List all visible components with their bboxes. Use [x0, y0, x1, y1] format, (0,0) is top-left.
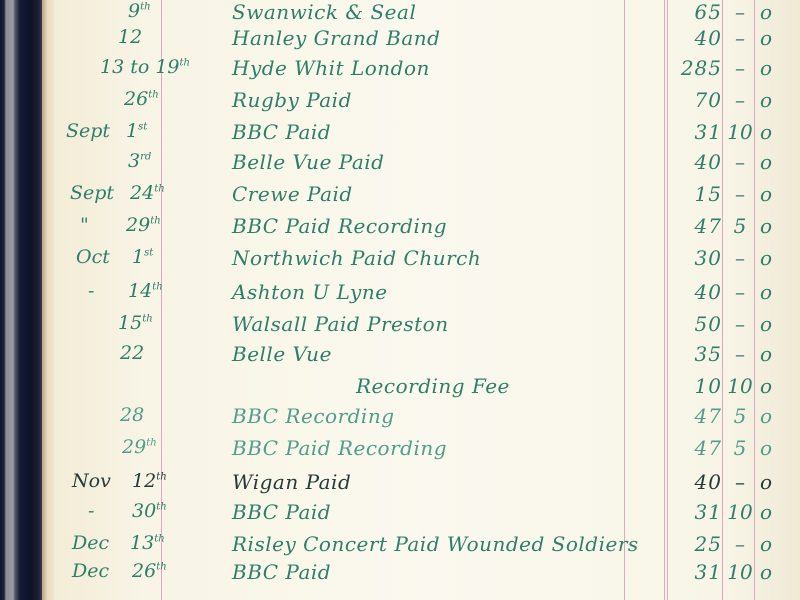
entry-pounds: 15 — [664, 182, 722, 206]
entry-pounds: 50 — [664, 312, 722, 336]
ledger-row: Dec 26th BBC Paid 31 10 o — [0, 560, 800, 590]
entry-pounds: 31 — [664, 500, 722, 524]
entry-pounds: 285 — [664, 56, 722, 80]
ledger-row: Nov 12th Wigan Paid 40 – o — [0, 470, 800, 500]
entry-description: BBC Recording — [232, 404, 395, 428]
entry-month: Dec — [72, 532, 109, 554]
entry-pounds: 47 — [664, 404, 722, 428]
ledger-row: Recording Fee 10 10 o — [0, 374, 800, 404]
entry-month: Sept — [66, 120, 110, 142]
entry-shillings: – — [726, 182, 754, 206]
entry-shillings: – — [726, 342, 754, 366]
entry-pence: o — [755, 436, 777, 460]
entry-pence: o — [755, 150, 777, 174]
entry-month: Sept — [70, 182, 114, 204]
entry-day: 1st — [132, 246, 153, 268]
entry-pounds: 25 — [664, 532, 722, 556]
ledger-row: 3rd Belle Vue Paid 40 – o — [0, 150, 800, 180]
entry-shillings: – — [726, 150, 754, 174]
entry-description: Ashton U Lyne — [232, 280, 388, 304]
entry-description: Belle Vue — [232, 342, 332, 366]
entry-pounds: 65 — [664, 0, 722, 24]
entry-day: 12th — [132, 470, 167, 492]
entry-shillings: 10 — [726, 500, 754, 524]
entry-shillings: 10 — [726, 560, 754, 584]
entry-day: 15th — [118, 312, 153, 334]
entry-description: Risley Concert Paid Wounded Soldiers — [232, 532, 639, 556]
ledger-row: Oct 1st Northwich Paid Church 30 – o — [0, 246, 800, 276]
entry-shillings: 10 — [726, 120, 754, 144]
entry-pence: o — [755, 560, 777, 584]
entry-shillings: – — [726, 470, 754, 494]
entry-day: 29th — [122, 436, 157, 458]
entry-day: 29th — [126, 214, 161, 236]
entry-description: BBC Paid Recording — [232, 214, 447, 238]
ledger-row: Sept 24th Crewe Paid 15 – o — [0, 182, 800, 212]
entry-pence: o — [755, 470, 777, 494]
entry-day: 30th — [132, 500, 167, 522]
entry-description: Wigan Paid — [232, 470, 351, 494]
entry-day: 28 — [120, 404, 144, 426]
entry-description: Crewe Paid — [232, 182, 353, 206]
entry-shillings: – — [726, 312, 754, 336]
entry-pounds: 35 — [664, 342, 722, 366]
entry-pence: o — [755, 0, 777, 24]
entry-day: 13 to 19th — [100, 56, 190, 78]
entry-day: 9th — [128, 0, 151, 22]
entry-description: Swanwick & Seal — [232, 0, 416, 24]
entry-pounds: 40 — [664, 280, 722, 304]
entry-pounds: 40 — [664, 26, 722, 50]
entry-pence: o — [755, 532, 777, 556]
entry-pence: o — [755, 342, 777, 366]
entry-pence: o — [755, 312, 777, 336]
ledger-row: 26th Rugby Paid 70 – o — [0, 88, 800, 118]
entry-pounds: 40 — [664, 150, 722, 174]
entry-month: Dec — [72, 560, 109, 582]
entry-shillings: – — [726, 88, 754, 112]
entry-shillings: – — [726, 532, 754, 556]
entry-shillings: 5 — [726, 214, 754, 238]
ledger-row: Dec 13th Risley Concert Paid Wounded Sol… — [0, 532, 800, 562]
entry-description: Hyde Whit London — [232, 56, 430, 80]
entry-shillings: – — [726, 26, 754, 50]
ledger-row: 29th BBC Paid Recording 47 5 o — [0, 436, 800, 466]
entry-month: Oct — [76, 246, 110, 268]
entry-pence: o — [755, 56, 777, 80]
ledger-row: 28 BBC Recording 47 5 o — [0, 404, 800, 434]
ledger-row: 13 to 19th Hyde Whit London 285 – o — [0, 56, 800, 86]
entry-pounds: 30 — [664, 246, 722, 270]
entry-pence: o — [755, 500, 777, 524]
entry-pounds: 47 — [664, 436, 722, 460]
entry-pence: o — [755, 214, 777, 238]
ledger-row: - 14th Ashton U Lyne 40 – o — [0, 280, 800, 310]
entry-day: 24th — [130, 182, 165, 204]
entry-month: - — [88, 500, 94, 522]
entry-shillings: – — [726, 246, 754, 270]
entry-pounds: 40 — [664, 470, 722, 494]
entry-day: 3rd — [128, 150, 151, 172]
ledger-row: 12 Hanley Grand Band 40 – o — [0, 26, 800, 56]
entry-pence: o — [755, 404, 777, 428]
entry-pence: o — [755, 120, 777, 144]
entry-month: " — [80, 214, 89, 236]
entry-day: 22 — [120, 342, 144, 364]
entry-month: - — [88, 280, 94, 302]
entry-day: 13th — [130, 532, 165, 554]
entry-day: 26th — [132, 560, 167, 582]
entry-description: BBC Paid — [232, 560, 331, 584]
entry-description: BBC Paid — [232, 120, 331, 144]
entry-day: 26th — [124, 88, 159, 110]
entry-shillings: – — [726, 280, 754, 304]
entry-pence: o — [755, 26, 777, 50]
entry-pounds: 47 — [664, 214, 722, 238]
entry-shillings: 10 — [726, 374, 754, 398]
entry-day: 1st — [126, 120, 147, 142]
ledger-row: " 29th BBC Paid Recording 47 5 o — [0, 214, 800, 244]
ledger-row: 22 Belle Vue 35 – o — [0, 342, 800, 372]
entry-description: Belle Vue Paid — [232, 150, 384, 174]
entry-pounds: 31 — [664, 120, 722, 144]
entry-pence: o — [755, 88, 777, 112]
entry-description: Rugby Paid — [232, 88, 352, 112]
entry-day: 12 — [118, 26, 142, 48]
entry-pence: o — [755, 182, 777, 206]
ledger-row: 15th Walsall Paid Preston 50 – o — [0, 312, 800, 342]
ledger-row: - 30th BBC Paid 31 10 o — [0, 500, 800, 530]
entry-description: BBC Paid Recording — [232, 436, 447, 460]
entry-pounds: 10 — [664, 374, 722, 398]
ledger-row: Sept 1st BBC Paid 31 10 o — [0, 120, 800, 150]
entry-pence: o — [755, 280, 777, 304]
entry-shillings: – — [726, 56, 754, 80]
entry-description: Hanley Grand Band — [232, 26, 440, 50]
entry-shillings: – — [726, 0, 754, 24]
entry-pence: o — [755, 246, 777, 270]
entry-shillings: 5 — [726, 436, 754, 460]
entry-month: Nov — [72, 470, 111, 492]
entry-description: Recording Fee — [356, 374, 510, 398]
entry-day: 14th — [128, 280, 163, 302]
entry-description: Walsall Paid Preston — [232, 312, 449, 336]
entry-pounds: 31 — [664, 560, 722, 584]
entry-shillings: 5 — [726, 404, 754, 428]
entry-description: Northwich Paid Church — [232, 246, 481, 270]
entry-pence: o — [755, 374, 777, 398]
entry-description: BBC Paid — [232, 500, 331, 524]
entry-pounds: 70 — [664, 88, 722, 112]
